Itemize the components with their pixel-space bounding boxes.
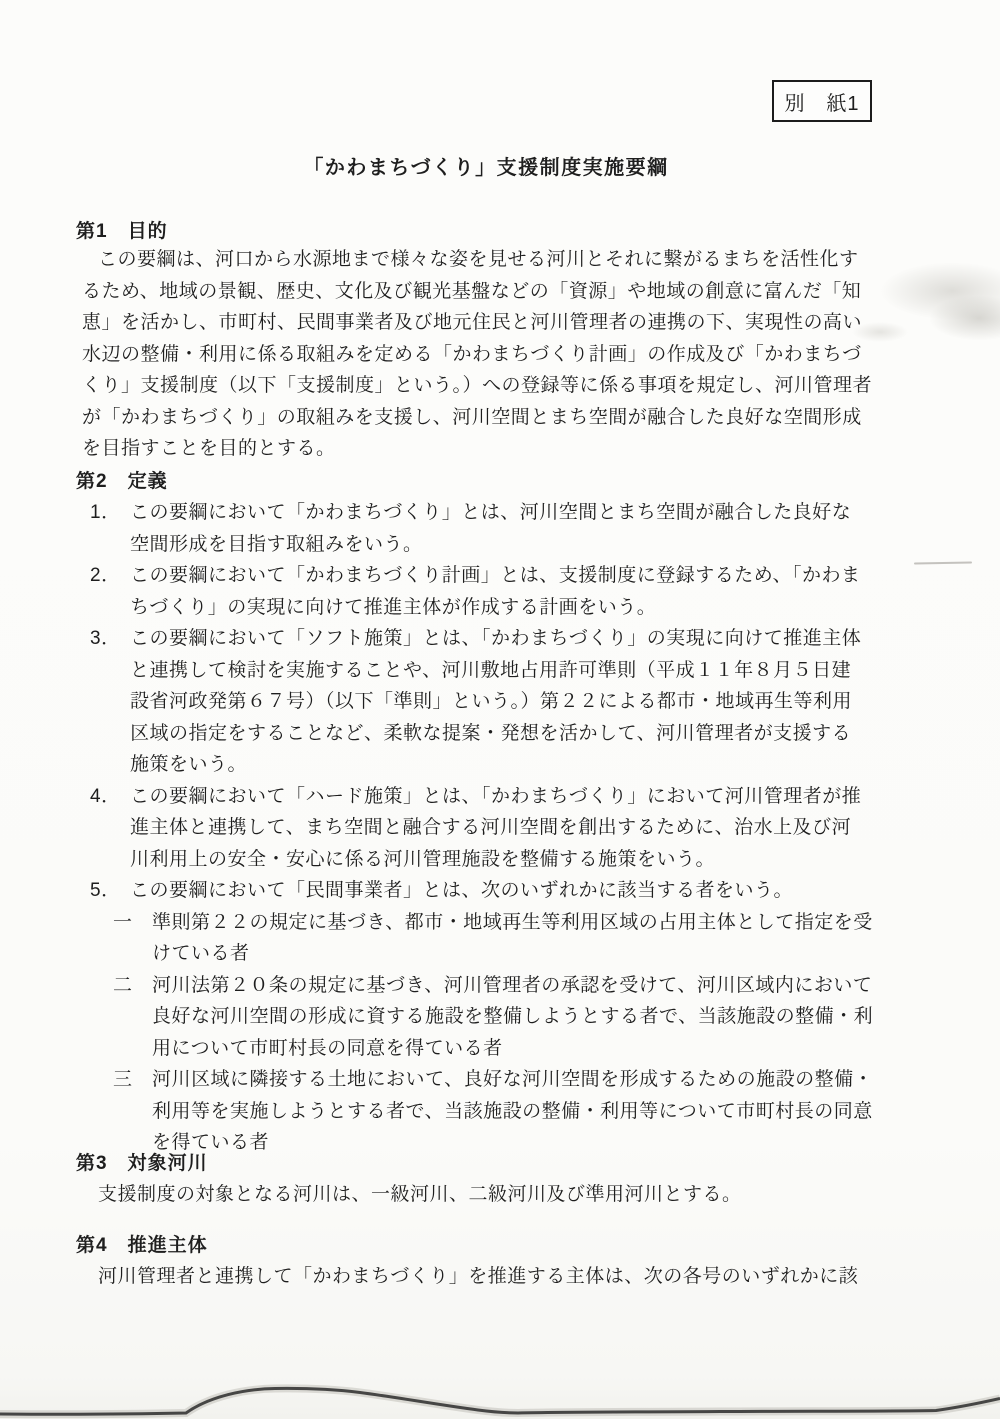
list-item-text: この要綱において「ソフト施策」とは、「かわまちづくり」の実現に向けて推進主体と連… — [130, 623, 922, 781]
scanned-document-page: 別 紙1 「かわまちづくり」支援制度実施要綱 第1 目的 この要綱は、河口から水… — [0, 0, 1000, 1419]
list-item-text: この要綱において「ハード施策」とは、「かわまちづくり」において河川管理者が推進主… — [130, 781, 922, 876]
text-line: 進主体と連携して、まち空間と融合する河川空間を創出するために、治水上及び河 — [130, 812, 922, 844]
text-line: 支援制度の対象となる河川は、一級河川、二級河川及び準用河川とする。 — [82, 1179, 920, 1211]
paper-edge-shadow — [0, 1374, 1000, 1419]
list-item-marker: 2． — [90, 560, 130, 623]
scan-smudge — [930, 296, 1000, 340]
definition-list-item: 4．この要綱において「ハード施策」とは、「かわまちづくり」において河川管理者が推… — [90, 781, 922, 876]
definition-list-item: 二河川法第２０条の規定に基づき、河川管理者の承認を受けて、河川区域内において良好… — [90, 970, 922, 1065]
document-title: 「かわまちづくり」支援制度実施要綱 — [0, 151, 972, 180]
text-line: くり」支援制度（以下「支援制度」という。）への登録等に係る事項を規定し、河川管理… — [82, 370, 920, 402]
text-line: けている者 — [152, 938, 922, 970]
text-line: 用について市町村長の同意を得ている者 — [152, 1033, 922, 1065]
attachment-label: 別 紙1 — [784, 87, 859, 116]
section-4-body: 河川管理者と連携して「かわまちづくり」を推進する主体は、次の各号のいずれかに該 — [82, 1261, 920, 1293]
definition-list-item: 5．この要綱において「民間事業者」とは、次のいずれかに該当する者をいう。 — [90, 875, 922, 907]
text-line: 河川法第２０条の規定に基づき、河川管理者の承認を受けて、河川区域内において — [152, 970, 922, 1002]
list-item-text: この要綱において「民間事業者」とは、次のいずれかに該当する者をいう。 — [130, 875, 922, 907]
text-line: ちづくり」の実現に向けて推進主体が作成する計画をいう。 — [130, 592, 922, 624]
list-item-marker: 4． — [90, 781, 130, 876]
list-item-marker: 5． — [90, 875, 130, 907]
attachment-label-box: 別 紙1 — [772, 80, 872, 122]
text-line: 川利用上の安全・安心に係る河川管理施設を整備する施策をいう。 — [130, 844, 922, 876]
section-2-definition-list: 1．この要綱において「かわまちづくり」とは、河川空間とまち空間が融合した良好な空… — [90, 497, 922, 1159]
section-1-heading: 第1 目的 — [76, 216, 168, 248]
section-1-paragraph: この要綱は、河口から水源地まで様々な姿を見せる河川とそれに繋がるまちを活性化する… — [82, 244, 920, 465]
section-2-heading: 第2 定義 — [76, 466, 168, 498]
text-line: るため、地域の景観、歴史、文化及び観光基盤などの「資源」や地域の創意に富んだ「知 — [82, 276, 920, 308]
list-item-marker: 三 — [113, 1064, 152, 1159]
text-line: この要綱において「ソフト施策」とは、「かわまちづくり」の実現に向けて推進主体 — [130, 623, 922, 655]
definition-list-item: 三河川区域に隣接する土地において、良好な河川空間を形成するための施設の整備・利用… — [90, 1064, 922, 1159]
text-line: この要綱において「かわまちづくり」とは、河川空間とまち空間が融合した良好な — [130, 497, 922, 529]
text-line: を目指すことを目的とする。 — [82, 433, 920, 465]
text-line: 河川区域に隣接する土地において、良好な河川空間を形成するための施設の整備・ — [152, 1064, 922, 1096]
text-line: 準則第２２の規定に基づき、都市・地域再生等利用区域の占用主体として指定を受 — [152, 907, 922, 939]
list-item-marker: 1． — [90, 497, 130, 560]
text-line: と連携して検討を実施することや、河川敷地占用許可準則（平成１１年８月５日建 — [130, 655, 922, 687]
text-line: 良好な河川空間の形成に資する施設を整備しようとする者で、当該施設の整備・利 — [152, 1001, 922, 1033]
definition-list-item: 一準則第２２の規定に基づき、都市・地域再生等利用区域の占用主体として指定を受けて… — [90, 907, 922, 970]
list-item-text: 河川区域に隣接する土地において、良好な河川空間を形成するための施設の整備・利用等… — [152, 1064, 922, 1159]
list-item-marker: 3． — [90, 623, 130, 781]
scan-crease-mark — [914, 561, 972, 564]
text-line: この要綱は、河口から水源地まで様々な姿を見せる河川とそれに繋がるまちを活性化す — [82, 244, 920, 276]
text-line: この要綱において「民間事業者」とは、次のいずれかに該当する者をいう。 — [130, 875, 922, 907]
text-line: 設省河政発第６７号）（以下「準則」という。）第２２による都市・地域再生等利用 — [130, 686, 922, 718]
list-item-text: この要綱において「かわまちづくり」とは、河川空間とまち空間が融合した良好な空間形… — [130, 497, 922, 560]
text-line: 施策をいう。 — [130, 749, 922, 781]
text-line: 河川管理者と連携して「かわまちづくり」を推進する主体は、次の各号のいずれかに該 — [82, 1261, 920, 1293]
text-line: この要綱において「ハード施策」とは、「かわまちづくり」において河川管理者が推 — [130, 781, 922, 813]
text-line: 空間形成を目指す取組みをいう。 — [130, 529, 922, 561]
definition-list-item: 2．この要綱において「かわまちづくり計画」とは、支援制度に登録するため、「かわま… — [90, 560, 922, 623]
text-line: 利用等を実施しようとする者で、当該施設の整備・利用等について市町村長の同意 — [152, 1096, 922, 1128]
text-line: この要綱において「かわまちづくり計画」とは、支援制度に登録するため、「かわま — [130, 560, 922, 592]
list-item-text: 河川法第２０条の規定に基づき、河川管理者の承認を受けて、河川区域内において良好な… — [152, 970, 922, 1065]
definition-list-item: 3．この要綱において「ソフト施策」とは、「かわまちづくり」の実現に向けて推進主体… — [90, 623, 922, 781]
section-3-heading: 第3 対象河川 — [76, 1148, 208, 1180]
section-4-heading: 第4 推進主体 — [76, 1230, 208, 1262]
list-item-text: 準則第２２の規定に基づき、都市・地域再生等利用区域の占用主体として指定を受けてい… — [152, 907, 922, 970]
list-item-text: この要綱において「かわまちづくり計画」とは、支援制度に登録するため、「かわまちづ… — [130, 560, 922, 623]
text-line: 水辺の整備・利用に係る取組みを定める「かわまちづくり計画」の作成及び「かわまちづ — [82, 339, 920, 371]
text-line: を得ている者 — [152, 1127, 922, 1159]
text-line: 区域の指定をすることなど、柔軟な提案・発想を活かして、河川管理者が支援する — [130, 718, 922, 750]
section-3-body: 支援制度の対象となる河川は、一級河川、二級河川及び準用河川とする。 — [82, 1179, 920, 1211]
list-item-marker: 二 — [113, 970, 152, 1065]
text-line: 恵」を活かし、市町村、民間事業者及び地元住民と河川管理者の連携の下、実現性の高い — [82, 307, 920, 339]
list-item-marker: 一 — [113, 907, 152, 970]
text-line: が「かわまちづくり」の取組みを支援し、河川空間とまち空間が融合した良好な空間形成 — [82, 402, 920, 434]
definition-list-item: 1．この要綱において「かわまちづくり」とは、河川空間とまち空間が融合した良好な空… — [90, 497, 922, 560]
